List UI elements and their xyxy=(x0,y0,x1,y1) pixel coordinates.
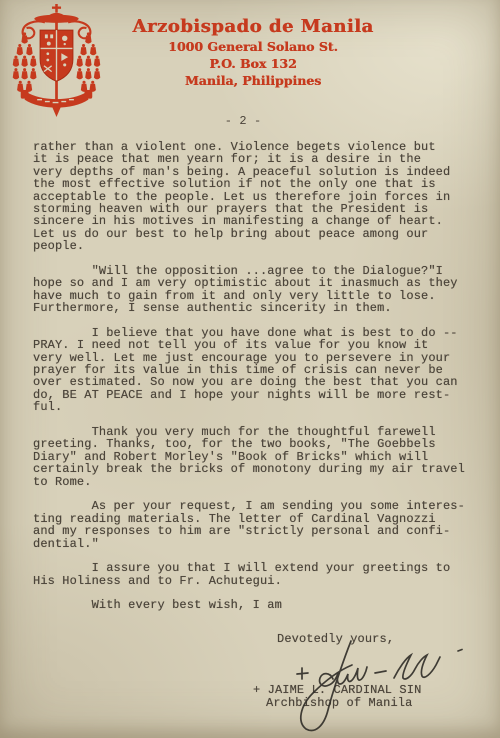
archdiocese-crest-icon xyxy=(8,4,105,118)
text-line: and my responses to him are "strictly pe… xyxy=(33,525,483,537)
text-line: to Rome. xyxy=(33,476,483,488)
paragraph: I assure you that I will extend your gre… xyxy=(33,562,483,587)
paragraph: "Will the opposition ...agree to the Dia… xyxy=(33,265,483,315)
address-line-1: 1000 General Solano St. xyxy=(118,39,388,55)
text-line: the most effective solution if not the o… xyxy=(33,178,483,190)
letterhead: Arzobispado de Manila 1000 General Solan… xyxy=(118,16,388,89)
text-line: Let us do our best to help bring about p… xyxy=(33,228,483,240)
paragraph: rather than a violent one. Violence bege… xyxy=(33,141,483,253)
text-line: His Holiness and to Fr. Achutegui. xyxy=(33,575,483,587)
paragraph: With every best wish, I am xyxy=(33,599,483,611)
page-number: - 2 - xyxy=(0,114,486,128)
signed-title: Archbishop of Manila xyxy=(266,697,412,709)
text-line: dential." xyxy=(33,538,483,550)
text-line: With every best wish, I am xyxy=(33,599,483,611)
text-line: hope so and I am very optimistic about i… xyxy=(33,277,483,289)
text-line: it is peace that men yearn for; it is a … xyxy=(33,153,483,165)
text-line: do, BE AT PEACE and I hope your nights w… xyxy=(33,389,483,401)
text-line: As per your request, I am sending you so… xyxy=(33,500,483,512)
text-line: sincere in his motives in manifesting a … xyxy=(33,215,483,227)
text-line: I assure you that I will extend your gre… xyxy=(33,562,483,574)
signed-name: + JAIME L. CARDINAL SIN xyxy=(253,684,421,696)
organization-name: Arzobispado de Manila xyxy=(118,16,388,38)
paragraph: As per your request, I am sending you so… xyxy=(33,500,483,550)
paragraph: Thank you very much for the thoughtful f… xyxy=(33,426,483,488)
text-line: Furthermore, I sense authentic sincerity… xyxy=(33,302,483,314)
address-line-2: P.O. Box 132 xyxy=(118,56,388,72)
text-line: over estimated. So now you are doing the… xyxy=(33,376,483,388)
text-line: people. xyxy=(33,240,483,252)
text-line: ful. xyxy=(33,401,483,413)
letter-page: Arzobispado de Manila 1000 General Solan… xyxy=(0,0,500,738)
text-line: PRAY. I need not tell you of its value f… xyxy=(33,339,483,351)
letter-body: rather than a violent one. Violence bege… xyxy=(33,141,483,624)
text-line: greeting. Thanks, too, for the two books… xyxy=(33,438,483,450)
paragraph: I believe that you have done what is bes… xyxy=(33,327,483,414)
closing-phrase: Devotedly yours, xyxy=(277,633,394,645)
text-line: certainly break the bricks of monotony d… xyxy=(33,463,483,475)
address-line-3: Manila, Philippines xyxy=(118,73,388,89)
